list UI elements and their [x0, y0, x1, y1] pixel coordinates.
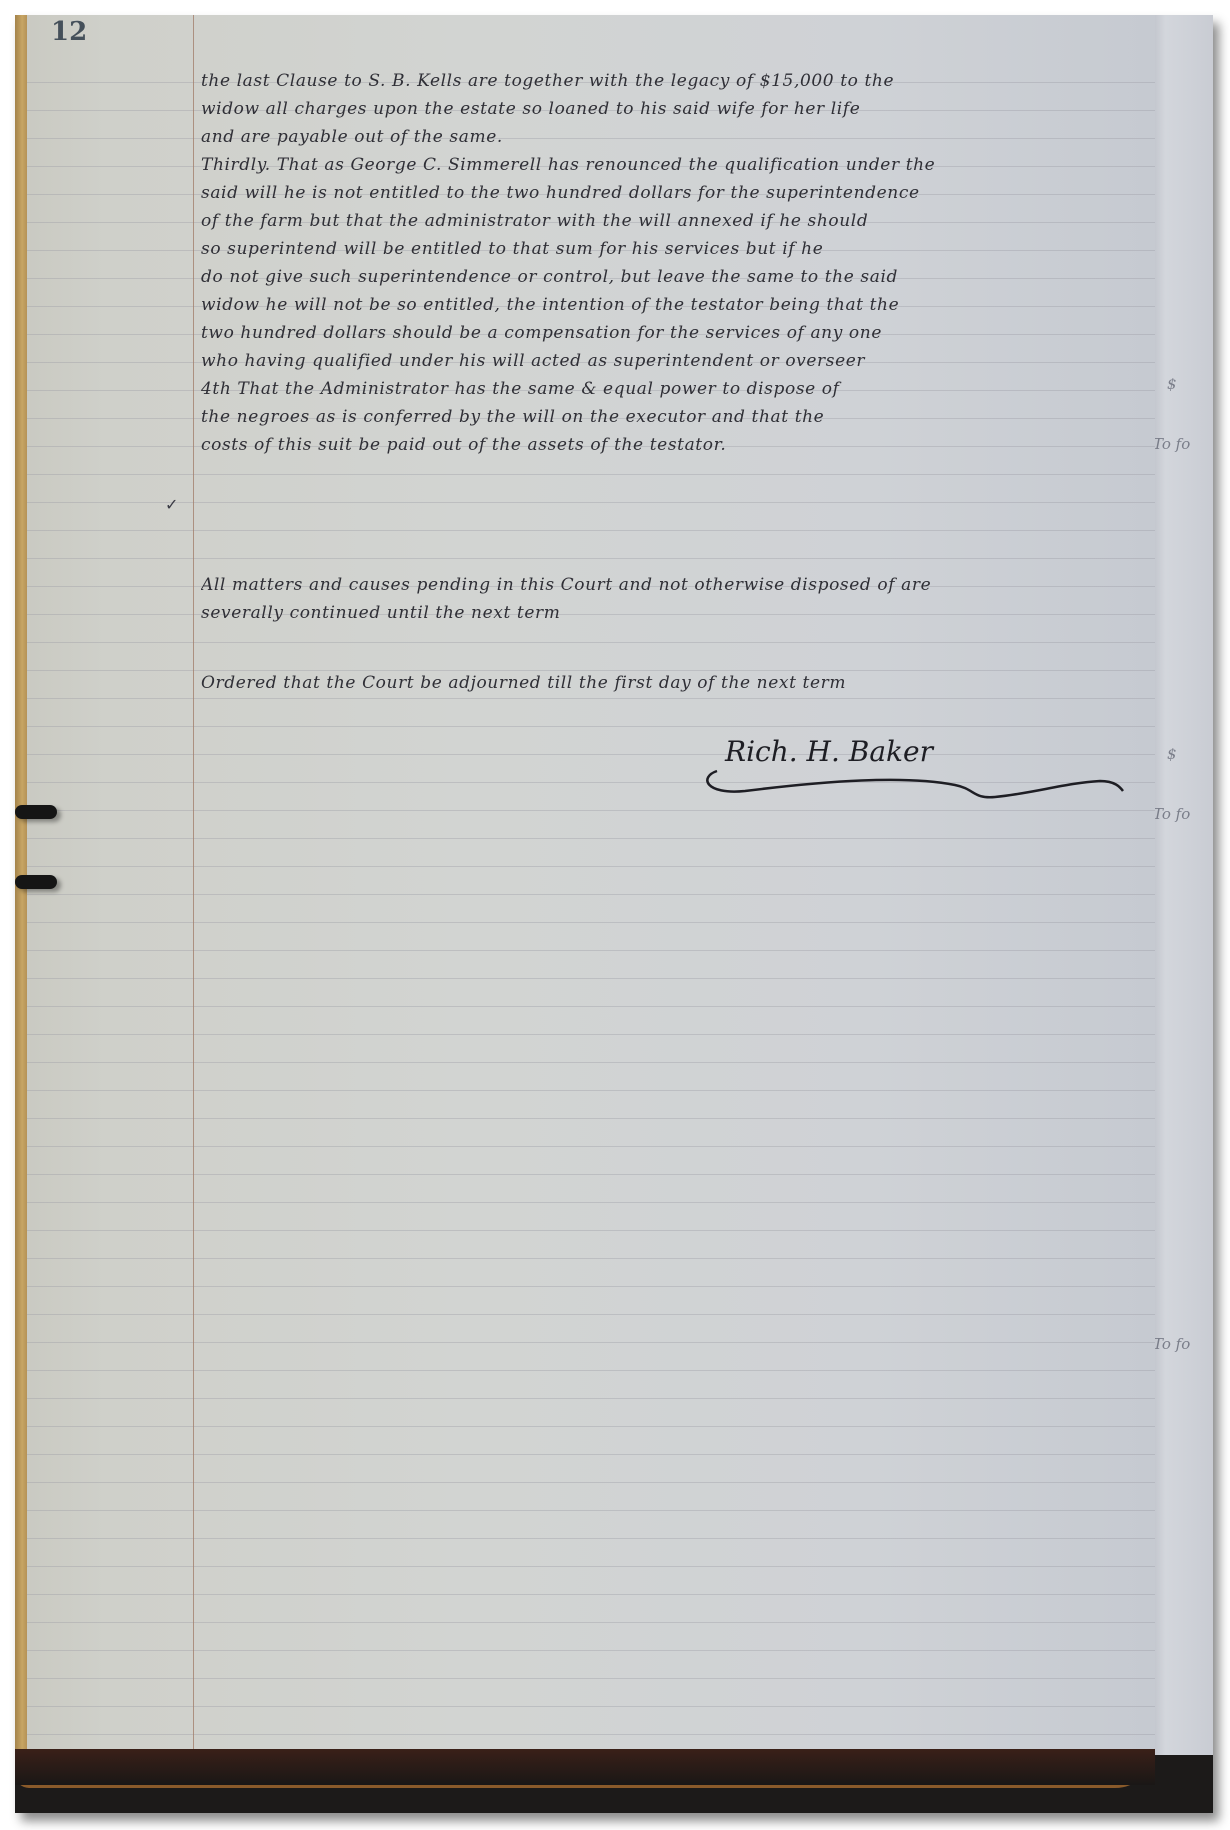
continuance-text: All matters and causes pending in this C… — [201, 571, 1141, 627]
signature-flourish-icon — [705, 763, 1125, 803]
continuance-line: All matters and causes pending in this C… — [201, 571, 1141, 599]
binder-ring-icon — [15, 805, 57, 819]
binder-ring-icon — [15, 875, 57, 889]
entry-line: the last Clause to S. B. Kells are toget… — [201, 67, 1141, 95]
facing-page-note: $ — [1167, 375, 1177, 393]
entry-line: of the farm but that the administrator w… — [201, 207, 1141, 235]
entry-line: said will he is not entitled to the two … — [201, 179, 1141, 207]
entry-line: the negroes as is conferred by the will … — [201, 403, 1141, 431]
margin-check-icon: ✓ — [165, 495, 178, 514]
page-number: 12 — [51, 17, 87, 47]
adjournment-order: Ordered that the Court be adjourned till… — [201, 669, 1141, 697]
entry-line: widow he will not be so entitled, the in… — [201, 291, 1141, 319]
facing-page-note: To fo — [1153, 435, 1190, 453]
entry-line: so superintend will be entitled to that … — [201, 235, 1141, 263]
ledger-page: 12 the last Clause to S. B. Kells are to… — [15, 15, 1155, 1788]
facing-page-note: To fo — [1153, 1335, 1190, 1353]
entry-line: and are payable out of the same. — [201, 123, 1141, 151]
entry-line: do not give such superintendence or cont… — [201, 263, 1141, 291]
facing-page-note: To fo — [1153, 805, 1190, 823]
entry-line: 4th That the Administrator has the same … — [201, 375, 1141, 403]
order-line: Ordered that the Court be adjourned till… — [201, 669, 1141, 697]
facing-page-note: $ — [1167, 745, 1177, 763]
entry-line: Thirdly. That as George C. Simmerell has… — [201, 151, 1141, 179]
scanned-ledger-frame: $ To fo $ To fo To fo 12 the last Clause… — [15, 15, 1213, 1813]
margin-line — [193, 15, 194, 1785]
court-entry-text: the last Clause to S. B. Kells are toget… — [201, 67, 1141, 459]
book-edge — [15, 1749, 1155, 1785]
entry-line: costs of this suit be paid out of the as… — [201, 431, 1141, 459]
entry-line: who having qualified under his will acte… — [201, 347, 1141, 375]
entry-line: two hundred dollars should be a compensa… — [201, 319, 1141, 347]
facing-page-strip: $ To fo $ To fo To fo — [1145, 15, 1213, 1755]
entry-line: widow all charges upon the estate so loa… — [201, 95, 1141, 123]
continuance-line: severally continued until the next term — [201, 599, 1141, 627]
